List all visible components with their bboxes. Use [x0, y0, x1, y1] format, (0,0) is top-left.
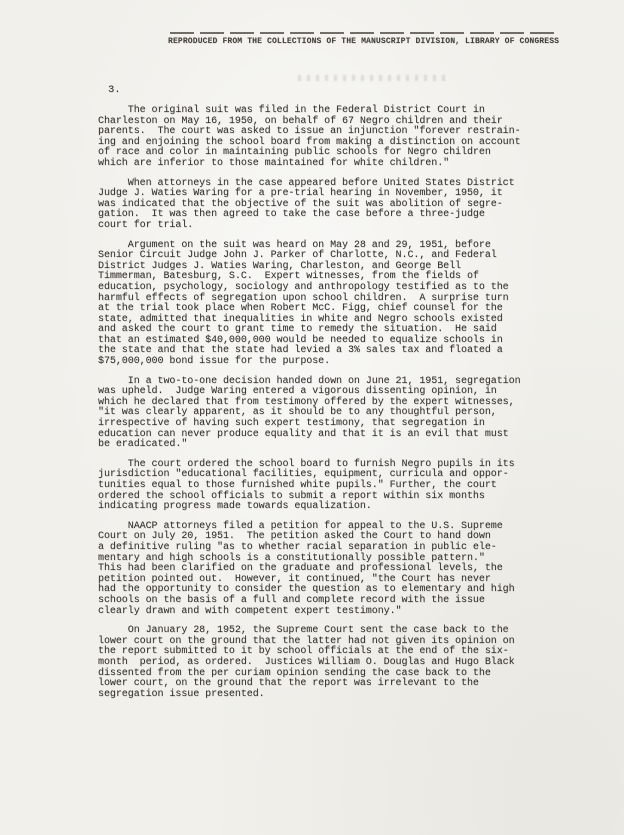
paragraph-supreme-court-remand: On January 28, 1952, the Supreme Court s…	[98, 626, 558, 700]
archive-stamp: REPRODUCED FROM THE COLLECTIONS OF THE M…	[168, 37, 568, 46]
paragraph-argument-heard: Argument on the suit was heard on May 28…	[98, 241, 558, 368]
paragraph-naacp-petition: NAACP attorneys filed a petition for app…	[98, 522, 558, 617]
document-body: The original suit was filed in the Feder…	[98, 106, 558, 709]
faint-pencil-marks	[298, 75, 448, 81]
page-number: 3.	[108, 84, 121, 96]
paragraph-court-order: The court ordered the school board to fu…	[98, 460, 558, 513]
stamp-top-rule	[170, 32, 560, 34]
paragraph-pretrial-hearing: When attorneys in the case appeared befo…	[98, 179, 558, 232]
paragraph-decision-dissent: In a two-to-one decision handed down on …	[98, 377, 558, 451]
paragraph-original-suit: The original suit was filed in the Feder…	[98, 106, 558, 170]
